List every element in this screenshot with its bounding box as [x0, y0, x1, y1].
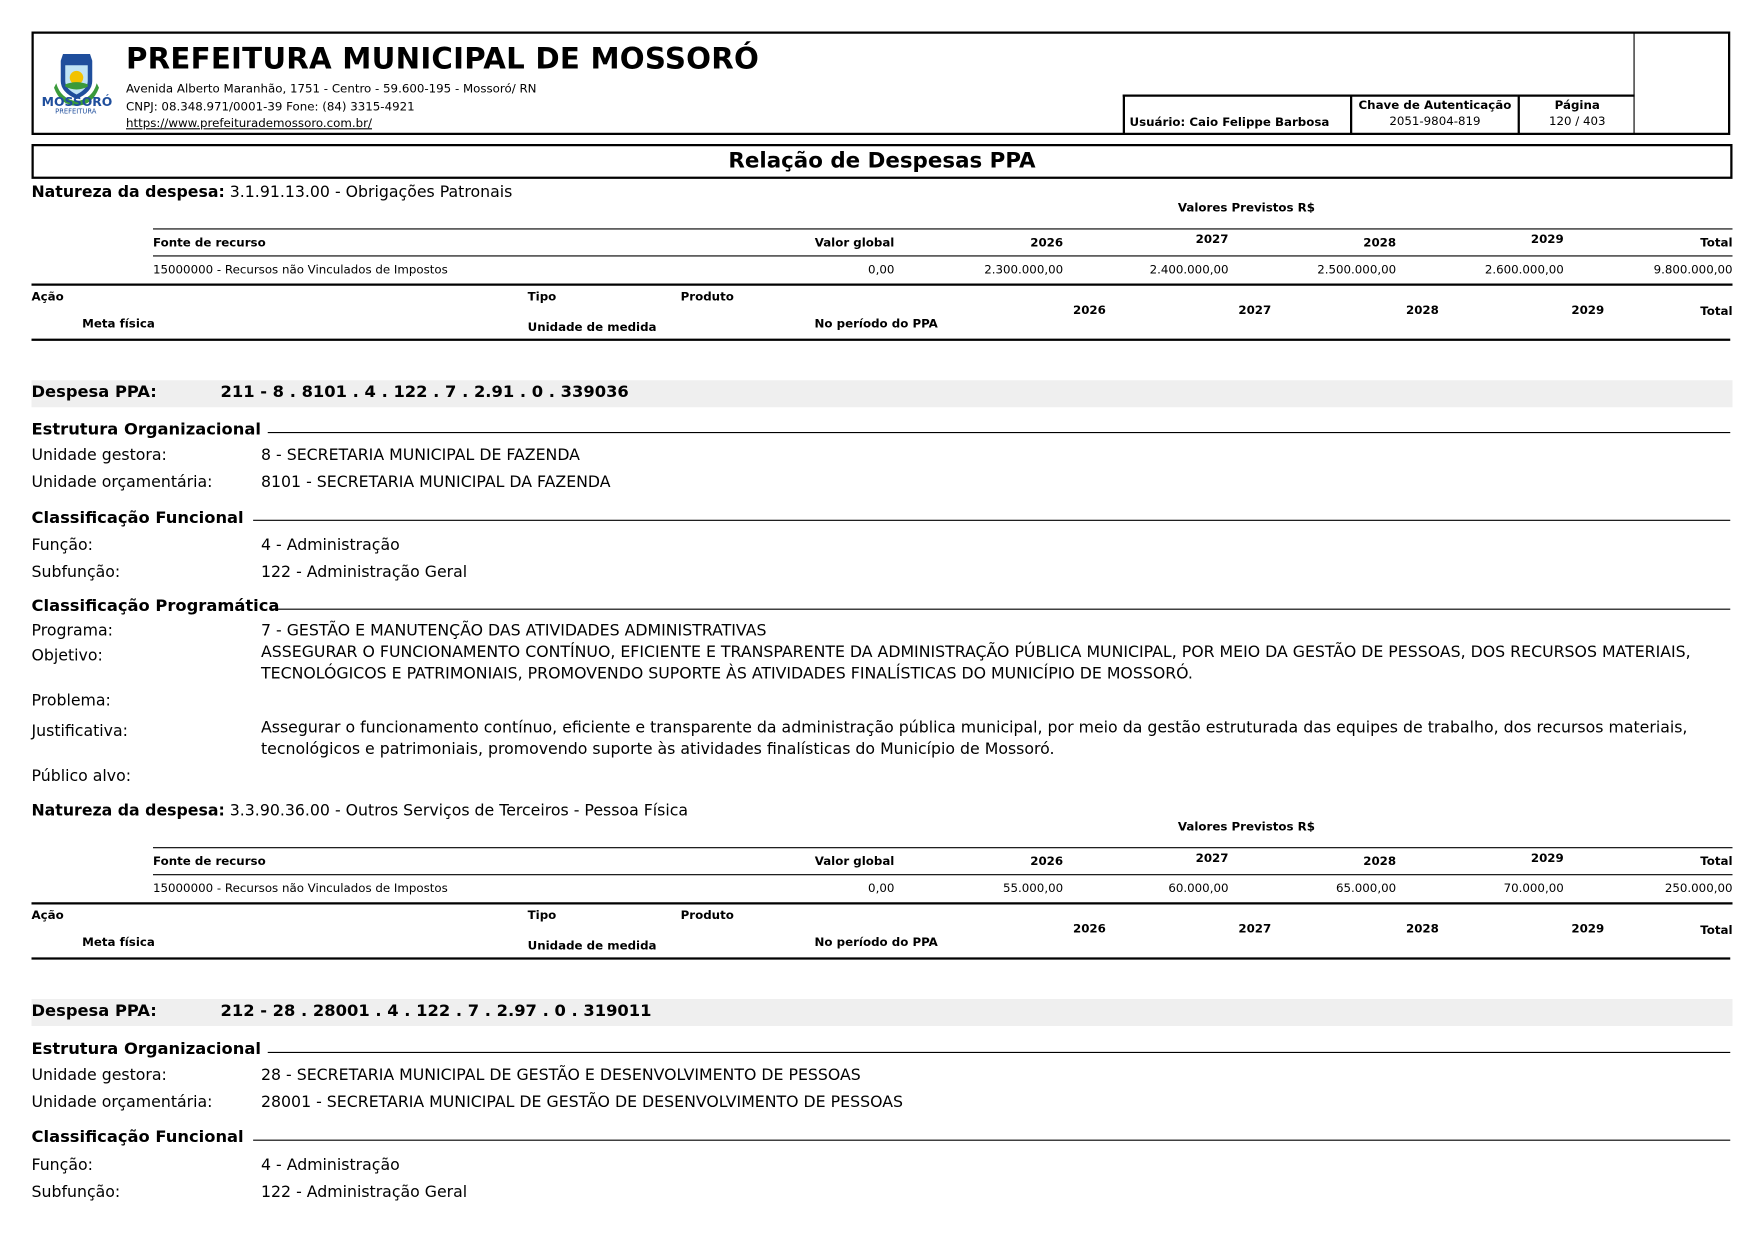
page-label: Página	[1520, 99, 1635, 113]
fonte-recurso-value: 15000000 - Recursos não Vinculados de Im…	[153, 882, 448, 896]
objetivo-label: Objetivo:	[32, 647, 103, 665]
total-value: 9.800.000,00	[1654, 263, 1733, 277]
unidade-orcamentaria-label: Unidade orçamentária:	[32, 474, 213, 492]
col-meta-fisica: Meta física	[82, 936, 155, 950]
despesa-label: Despesa PPA:	[32, 384, 157, 402]
col-acao: Ação	[32, 909, 64, 923]
table-rule	[153, 228, 1733, 229]
auth-key-label: Chave de Autenticação	[1352, 99, 1517, 113]
meta-col-year-2: 2028	[1406, 304, 1439, 318]
col-tipo: Tipo	[528, 909, 557, 923]
funcao-value: 4 - Administração	[261, 1157, 400, 1175]
subfuncao-value: 122 - Administração Geral	[261, 564, 467, 582]
user-cell: Usuário: Caio Felippe Barbosa	[1123, 95, 1350, 136]
section-rule	[253, 1140, 1730, 1141]
col-acao: Ação	[32, 290, 64, 304]
col-unidade-medida: Unidade de medida	[528, 321, 657, 335]
programa-value: 7 - GESTÃO E MANUTENÇÃO DAS ATIVIDADES A…	[261, 622, 766, 640]
publico-alvo-label: Público alvo:	[32, 767, 132, 785]
table-rule	[153, 255, 1733, 256]
col-year-1: 2027	[1196, 852, 1229, 866]
col-total: Total	[1700, 236, 1732, 250]
col-produto: Produto	[681, 909, 734, 923]
section-classificacao-programatica: Classificação Programática	[32, 597, 280, 615]
table-rule	[153, 874, 1733, 875]
natureza-label: Natureza da despesa:	[32, 802, 225, 820]
logo-text: MOSSORÓ	[42, 95, 113, 110]
subfuncao-value: 122 - Administração Geral	[261, 1184, 467, 1202]
col-total: Total	[1700, 855, 1732, 869]
unidade-orcamentaria-value: 8101 - SECRETARIA MUNICIPAL DA FAZENDA	[261, 474, 611, 492]
auth-key-value: 2051-9804-819	[1352, 115, 1517, 129]
meta-col-year-1: 2027	[1238, 923, 1271, 937]
section-estrutura-organizacional: Estrutura Organizacional	[32, 1041, 261, 1059]
col-year-0: 2026	[1030, 855, 1063, 869]
report-title: Relação de Despesas PPA	[32, 144, 1733, 179]
meta-col-year-3: 2029	[1571, 304, 1604, 318]
despesa-label: Despesa PPA:	[32, 1002, 157, 1020]
unidade-orcamentaria-label: Unidade orçamentária:	[32, 1094, 213, 1112]
year-value: 65.000,00	[1336, 882, 1396, 896]
section-classificacao-funcional: Classificação Funcional	[32, 1128, 244, 1146]
subfuncao-label: Subfunção:	[32, 564, 121, 582]
valor-global-value: 0,00	[868, 263, 894, 277]
year-value: 2.500.000,00	[1317, 263, 1396, 277]
natureza-label: Natureza da despesa:	[32, 183, 225, 201]
justificativa-value: Assegurar o funcionamento contínuo, efic…	[261, 718, 1724, 761]
despesa-code: 211 - 8 . 8101 . 4 . 122 . 7 . 2.91 . 0 …	[221, 384, 629, 402]
objetivo-value: ASSEGURAR O FUNCIONAMENTO CONTÍNUO, EFIC…	[261, 642, 1724, 685]
table-rule-thick	[32, 339, 1731, 341]
col-year-3: 2029	[1531, 852, 1564, 866]
col-fonte-recurso: Fonte de recurso	[153, 855, 266, 869]
programa-label: Programa:	[32, 622, 113, 640]
col-no-periodo: No período do PPA	[815, 317, 938, 331]
page-cell: Página 120 / 403	[1518, 95, 1635, 136]
funcao-label: Função:	[32, 537, 93, 555]
page-number: 120 / 403	[1520, 115, 1635, 129]
section-estrutura-organizacional: Estrutura Organizacional	[32, 421, 261, 439]
unidade-gestora-value: 8 - SECRETARIA MUNICIPAL DE FAZENDA	[261, 447, 580, 465]
org-title: PREFEITURA MUNICIPAL DE MOSSORÓ	[126, 43, 759, 77]
report-page: MOSSORÓ PREFEITURA PREFEITURA MUNICIPAL …	[0, 0, 1755, 1240]
funcao-value: 4 - Administração	[261, 537, 400, 555]
meta-col-year-1: 2027	[1238, 304, 1271, 318]
total-value: 250.000,00	[1665, 882, 1733, 896]
unidade-gestora-value: 28 - SECRETARIA MUNICIPAL DE GESTÃO E DE…	[261, 1067, 861, 1085]
col-no-periodo: No período do PPA	[815, 936, 938, 950]
table-rule	[153, 847, 1733, 848]
problema-label: Problema:	[32, 692, 111, 710]
col-year-0: 2026	[1030, 236, 1063, 250]
col-year-2: 2028	[1363, 855, 1396, 869]
year-value: 60.000,00	[1168, 882, 1228, 896]
fonte-recurso-value: 15000000 - Recursos não Vinculados de Im…	[153, 263, 448, 277]
unidade-gestora-label: Unidade gestora:	[32, 447, 167, 465]
org-website-link[interactable]: https://www.prefeiturademossoro.com.br/	[126, 117, 372, 131]
col-valor-global: Valor global	[815, 855, 895, 869]
year-value: 2.400.000,00	[1150, 263, 1229, 277]
org-address: Avenida Alberto Maranhão, 1751 - Centro …	[126, 82, 537, 96]
col-produto: Produto	[681, 290, 734, 304]
year-value: 2.300.000,00	[984, 263, 1063, 277]
meta-col-year-0: 2026	[1073, 304, 1106, 318]
org-contact: CNPJ: 08.348.971/0001-39 Fone: (84) 3315…	[126, 100, 415, 114]
user-label: Usuário: Caio Felippe Barbosa	[1130, 116, 1330, 130]
natureza-value: 3.1.91.13.00 - Obrigações Patronais	[230, 183, 513, 201]
logo-subtext: PREFEITURA	[55, 108, 96, 116]
col-year-3: 2029	[1531, 233, 1564, 247]
table-rule-thick	[32, 902, 1733, 904]
meta-col-year-2: 2028	[1406, 923, 1439, 937]
meta-col-total: Total	[1700, 924, 1732, 938]
section-rule	[268, 432, 1731, 433]
despesa-code: 212 - 28 . 28001 . 4 . 122 . 7 . 2.97 . …	[221, 1002, 652, 1020]
section-rule	[253, 520, 1730, 521]
section-classificacao-funcional: Classificação Funcional	[32, 510, 244, 528]
section-rule	[270, 609, 1730, 610]
col-unidade-medida: Unidade de medida	[528, 939, 657, 953]
col-valor-global: Valor global	[815, 236, 895, 250]
year-value: 55.000,00	[1003, 882, 1063, 896]
valor-global-value: 0,00	[868, 882, 894, 896]
valores-previstos-label: Valores Previstos R$	[1178, 201, 1315, 215]
section-rule	[268, 1052, 1731, 1053]
table-rule-thick	[32, 284, 1733, 286]
col-year-2: 2028	[1363, 236, 1396, 250]
auth-key-cell: Chave de Autenticação 2051-9804-819	[1350, 95, 1518, 136]
unidade-gestora-label: Unidade gestora:	[32, 1067, 167, 1085]
col-fonte-recurso: Fonte de recurso	[153, 236, 266, 250]
justificativa-label: Justificativa:	[32, 722, 128, 740]
year-value: 70.000,00	[1504, 882, 1564, 896]
funcao-label: Função:	[32, 1157, 93, 1175]
col-meta-fisica: Meta física	[82, 317, 155, 331]
meta-col-year-3: 2029	[1571, 923, 1604, 937]
year-value: 2.600.000,00	[1485, 263, 1564, 277]
col-year-1: 2027	[1196, 233, 1229, 247]
valores-previstos-label: Valores Previstos R$	[1178, 820, 1315, 834]
table-rule-thick	[32, 957, 1731, 959]
meta-col-total: Total	[1700, 305, 1732, 319]
col-tipo: Tipo	[528, 290, 557, 304]
meta-col-year-0: 2026	[1073, 923, 1106, 937]
natureza-value: 3.3.90.36.00 - Outros Serviços de Tercei…	[230, 802, 688, 820]
unidade-orcamentaria-value: 28001 - SECRETARIA MUNICIPAL DE GESTÃO D…	[261, 1094, 903, 1112]
subfuncao-label: Subfunção:	[32, 1184, 121, 1202]
